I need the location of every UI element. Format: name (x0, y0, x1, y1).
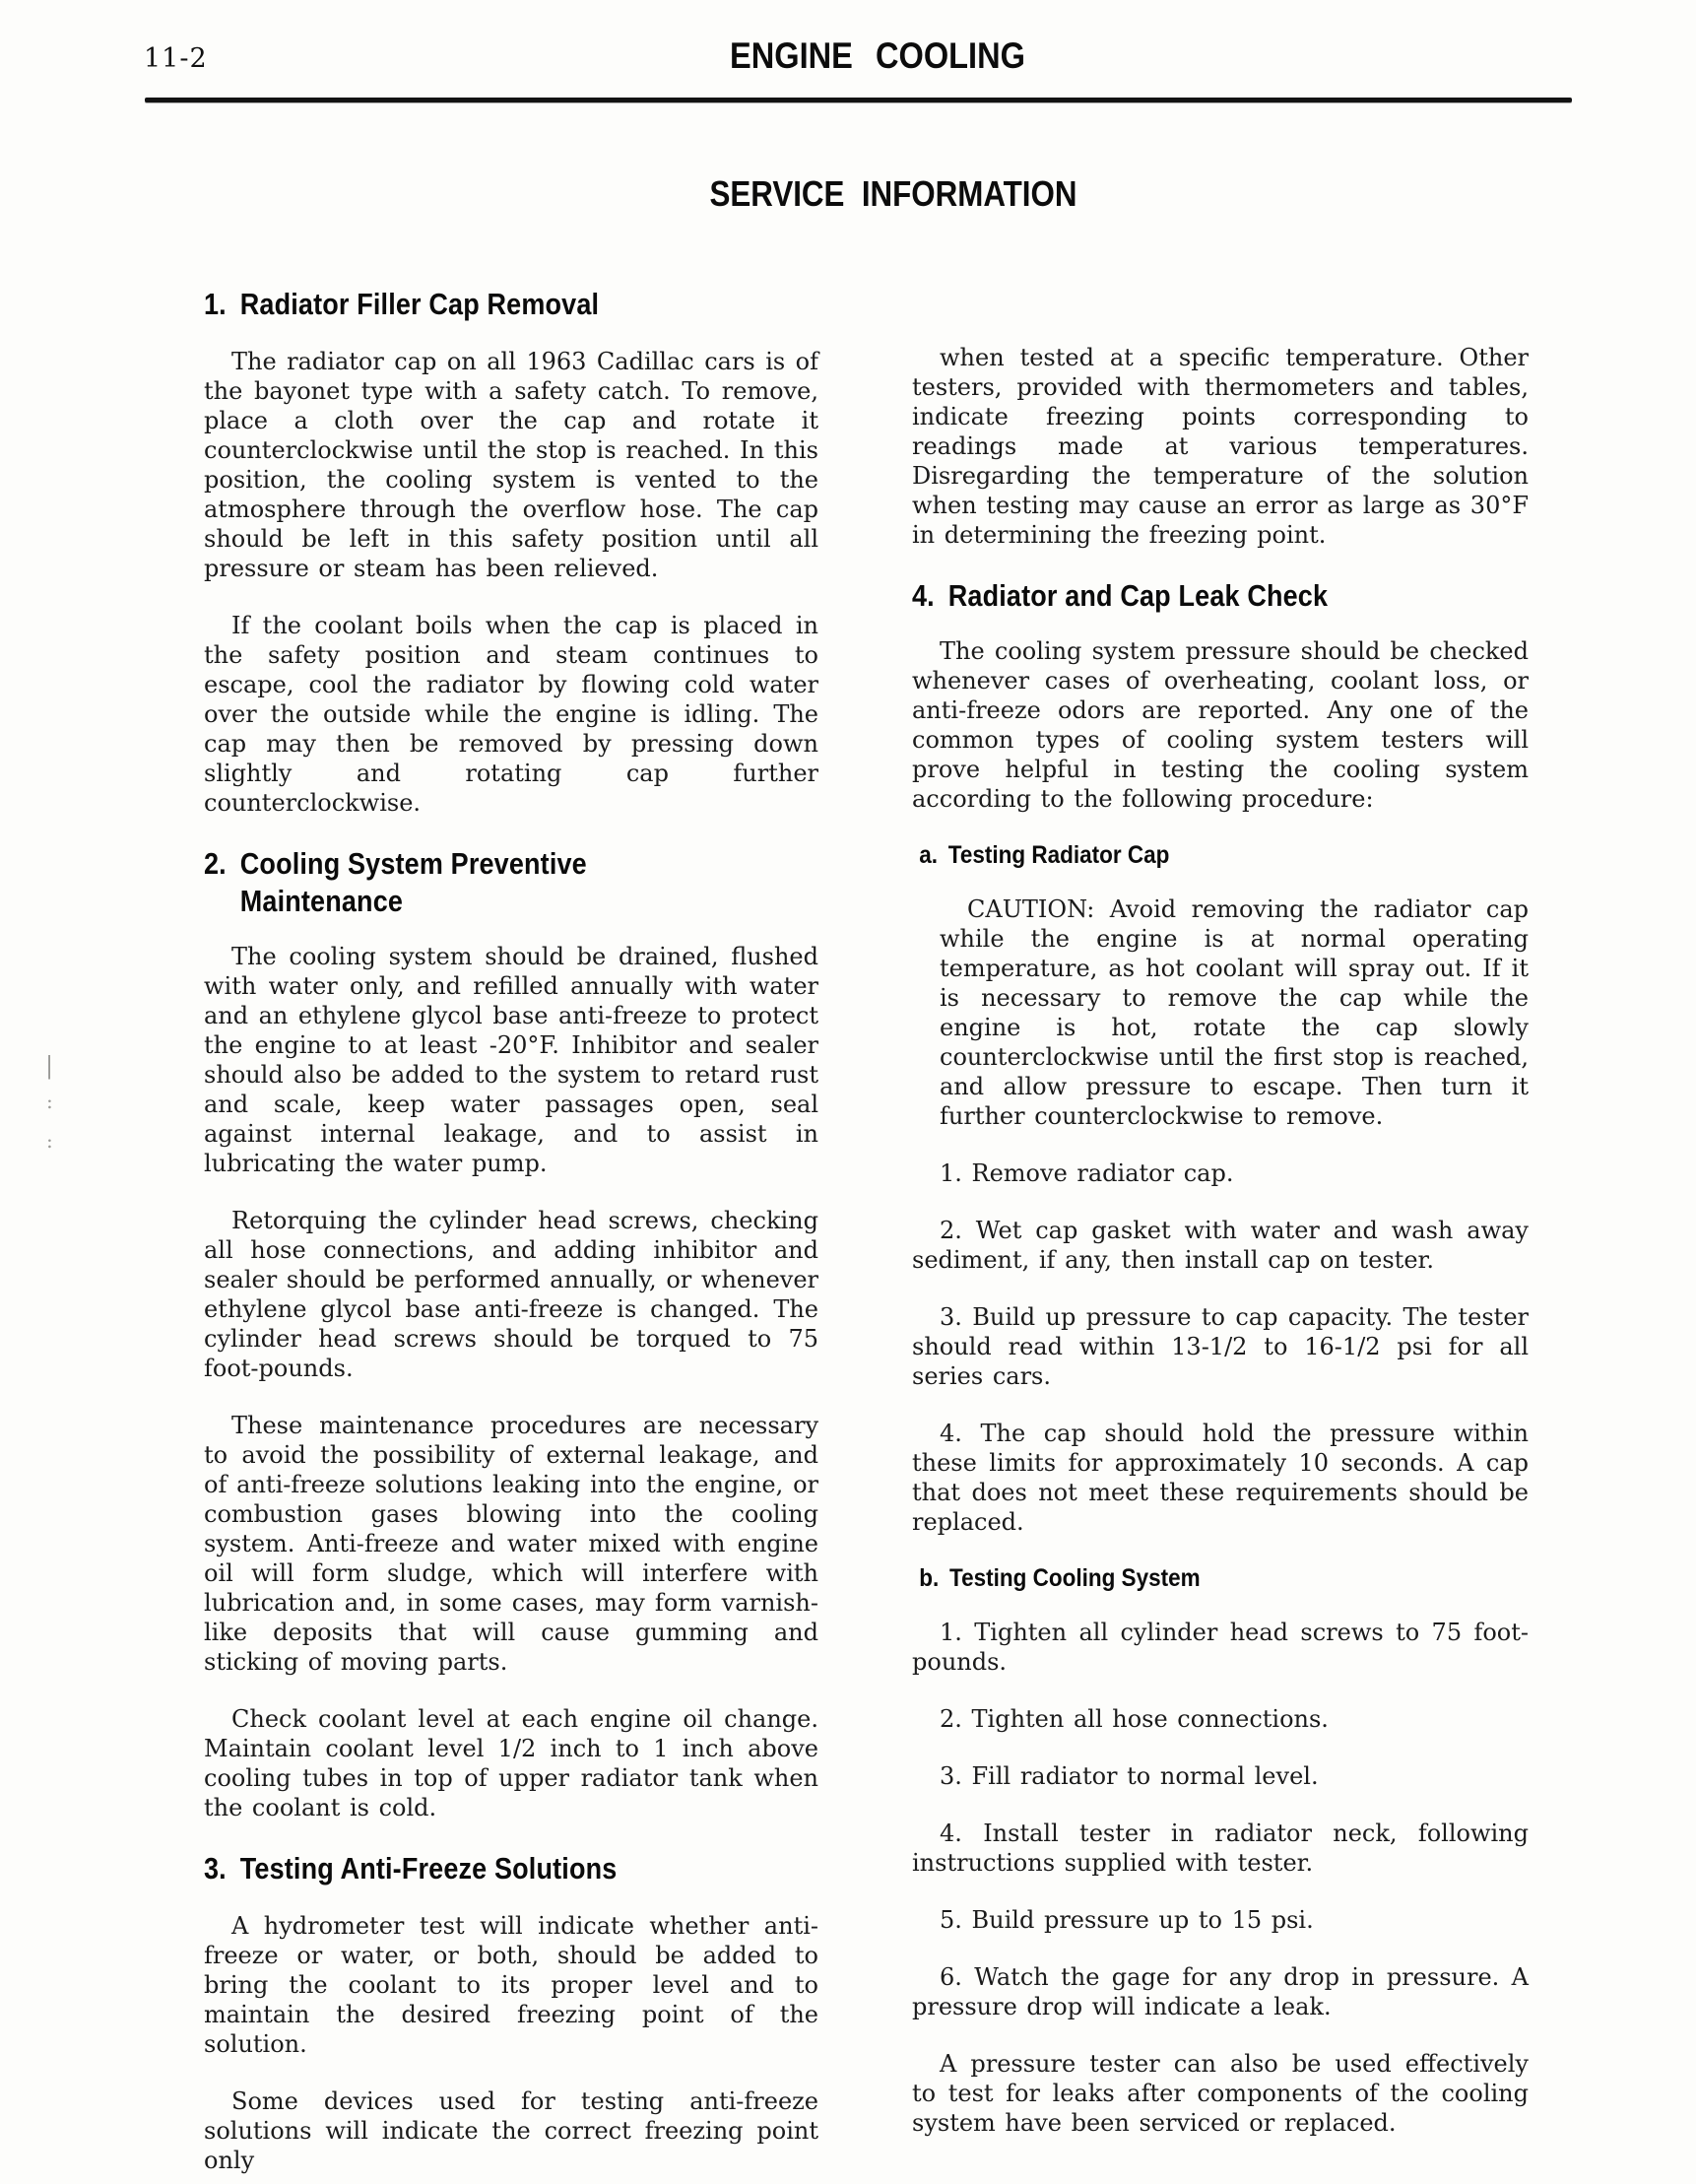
section-4-title: Radiator and Cap Leak Check (948, 577, 1328, 615)
section-2-number: 2. (204, 845, 227, 883)
page-title: SERVICE INFORMATION (156, 173, 1631, 215)
section-2-paragraph-2: Retorquing the cylinder head screws, che… (204, 1206, 818, 1383)
section-4-heading: 4. Radiator and Cap Leak Check (912, 577, 1449, 615)
chapter-title: ENGINE COOLING (131, 35, 1623, 77)
section-2-title: Cooling System Preventive Maintenance (240, 845, 643, 920)
subsection-a-step-1: 1. Remove radiator cap. (912, 1158, 1529, 1188)
section-4-intro-paragraph: The cooling system pressure should be ch… (912, 636, 1529, 814)
section-2-paragraph-3: These maintenance procedures are necessa… (204, 1411, 818, 1677)
subsection-b-step-5: 5. Build pressure up to 15 psi. (912, 1905, 1529, 1935)
subsection-a-label: a. (919, 841, 938, 869)
section-2-heading: 2. Cooling System Preventive Maintenance (204, 845, 739, 920)
subsection-b-step-6: 6. Watch the gage for any drop in pressu… (912, 1962, 1529, 2021)
subsection-a-step-3: 3. Build up pressure to cap capacity. Th… (912, 1302, 1529, 1391)
scan-artifact: | (45, 1056, 53, 1076)
section-3-paragraph-1: A hydrometer test will indicate whether … (204, 1911, 818, 2059)
subsection-b-title: Testing Cooling System (949, 1564, 1201, 1592)
manual-page: 11-2 ENGINE COOLING SERVICE INFORMATION … (0, 0, 1696, 2184)
section-1-paragraph-2: If the coolant boils when the cap is pla… (204, 611, 818, 818)
subsection-b-step-3: 3. Fill radiator to normal level. (912, 1761, 1529, 1791)
section-3-number: 3. (204, 1850, 227, 1887)
section-1-number: 1. (204, 286, 227, 323)
section-4-number: 4. (912, 577, 935, 615)
right-column: when tested at a specific temperature. O… (912, 343, 1529, 2138)
subsection-a-heading: a. Testing Radiator Cap (912, 841, 1467, 869)
header-divider-rule (145, 98, 1572, 102)
subsection-a-step-2: 2. Wet cap gasket with water and wash aw… (912, 1216, 1529, 1275)
subsection-b-step-2: 2. Tighten all hose connections. (912, 1704, 1529, 1734)
section-2-paragraph-4: Check coolant level at each engine oil c… (204, 1704, 818, 1822)
section-3-title: Testing Anti-Freeze Solutions (240, 1850, 618, 1887)
subsection-a-step-4: 4. The cap should hold the pressure with… (912, 1419, 1529, 1537)
section-2-paragraph-1: The cooling system should be drained, fl… (204, 942, 818, 1178)
caution-paragraph: CAUTION: Avoid removing the radiator cap… (940, 894, 1529, 1131)
subsection-b-step-1: 1. Tighten all cylinder head screws to 7… (912, 1618, 1529, 1677)
section-3-paragraph-2: Some devices used for testing anti-freez… (204, 2086, 818, 2175)
section-3-continued-paragraph: when tested at a specific temperature. O… (912, 343, 1529, 550)
scan-artifact: : (46, 1092, 53, 1111)
section-3-heading: 3. Testing Anti-Freeze Solutions (204, 1850, 739, 1887)
subsection-b-heading: b. Testing Cooling System (912, 1564, 1467, 1592)
section-4-closing-paragraph: A pressure tester can also be used effec… (912, 2049, 1529, 2138)
section-1-paragraph-1: The radiator cap on all 1963 Cadillac ca… (204, 347, 818, 583)
subsection-b-label: b. (919, 1564, 939, 1592)
section-1-heading: 1. Radiator Filler Cap Removal (204, 286, 739, 323)
scan-artifact: : (46, 1131, 53, 1151)
section-1-title: Radiator Filler Cap Removal (240, 286, 599, 323)
subsection-b-step-4: 4. Install tester in radiator neck, foll… (912, 1819, 1529, 1878)
subsection-a-title: Testing Radiator Cap (948, 841, 1170, 869)
left-column: 1. Radiator Filler Cap Removal The radia… (204, 286, 818, 2175)
